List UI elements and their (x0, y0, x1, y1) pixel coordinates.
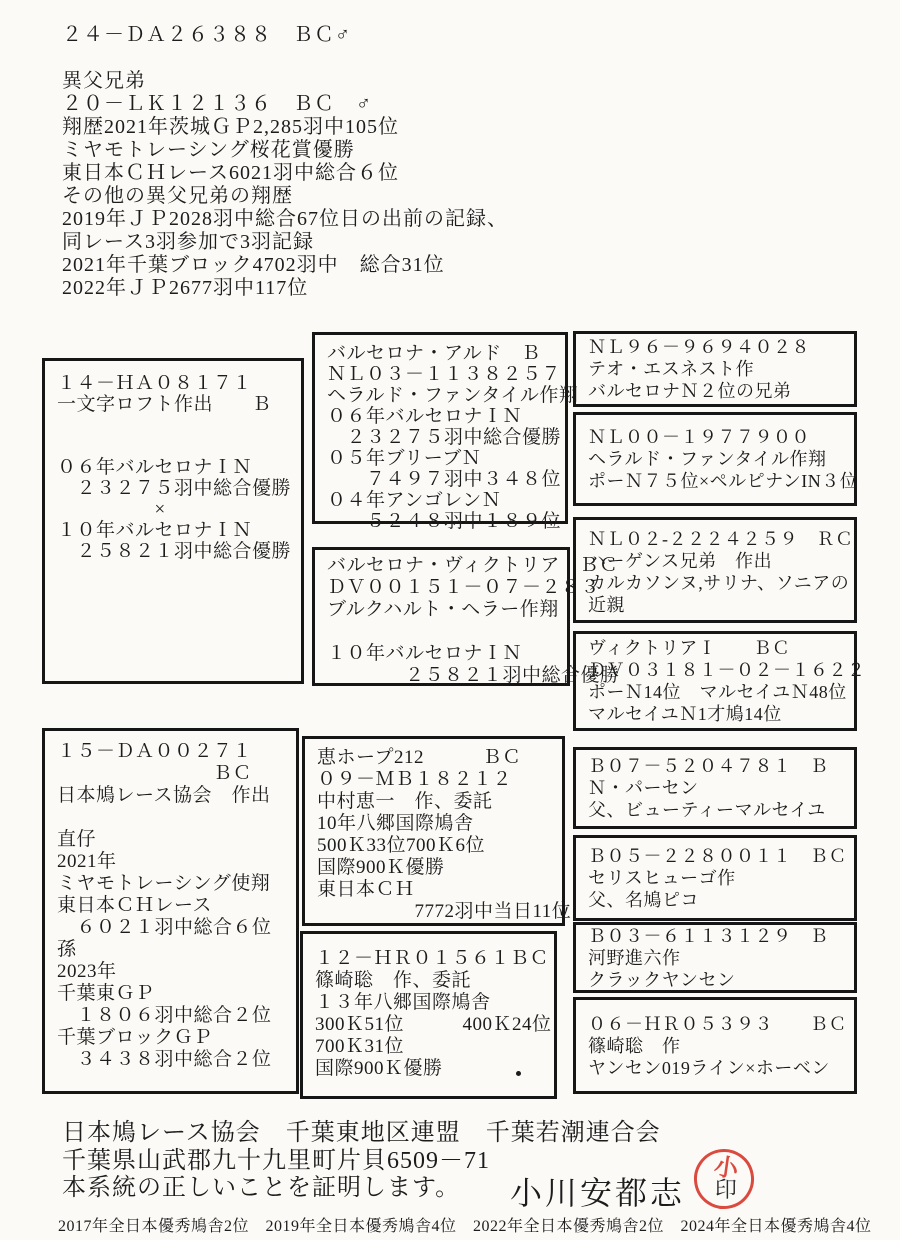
text-line: 国際900Ｋ優勝 (317, 857, 554, 879)
text-line: ０６－ＨＲ０５３９３ ＢＣ (588, 1013, 846, 1035)
text-line: ポーＮ14位 マルセイユＮ48位 (588, 681, 846, 703)
text-line: １８０６羽中総合２位 (57, 1005, 288, 1027)
text-line: ＮＬ００－１９７７９００ (588, 426, 846, 448)
text-line: 孫 (57, 939, 288, 961)
text-line: ０９－ＭＢ１８２１２ (317, 769, 554, 791)
text-line: 10年八郷国際鳩舎 (317, 813, 554, 835)
text-line: 中村恵一 作、委託 (317, 791, 554, 813)
text-line (57, 807, 288, 829)
text-line: ２３２７５羽中総合優勝 (327, 427, 557, 448)
text-line: Ｎ・パーセン (588, 777, 846, 799)
box-sire: １４－ＨＡ０８１７１一文字ロフト作出 Ｂ０６年バルセロナＩＮ ２３２７５羽中総合… (42, 358, 304, 684)
box-sire-father: バルセロナ・アルド ＢＮＬ０３－１１３８２５７ヘラルド・ファンタイル作翔０６年バ… (312, 332, 568, 524)
text-line: 7772羽中当日11位 (317, 901, 554, 923)
certification-statement: 本系統の正しいことを証明します。 (62, 1167, 460, 1202)
box-dam-father: 恵ホープ212 ＢＣ０９－ＭＢ１８２１２中村恵一 作、委託10年八郷国際鳩舎50… (302, 736, 565, 926)
text-line: ミヤモトレーシング使翔 (57, 873, 288, 895)
text-line: 2019年ＪＰ2028羽中総合67位日の出前の記録、 (62, 208, 508, 231)
text-line: ２５８２１羽中総合優勝 (57, 541, 293, 562)
pedigree-certificate: ２４－ＤＡ２６３８８ ＢＣ♂異父兄弟２０－ＬＫ１２１３６ ＢＣ ♂翔歴2021年… (0, 0, 900, 1240)
text-line: 2021年 (57, 851, 288, 873)
text-line: １３年八郷国際鳩舎 (315, 992, 546, 1014)
text-line: 東日本ＣＨレース (57, 895, 288, 917)
text-line: １５－ＤＡ００２７１ (57, 741, 288, 763)
text-line: ＤＶ０３１８１－０２－１６２２ (588, 659, 846, 681)
text-line: 父、ビューティーマルセイユ (588, 799, 846, 821)
box-dam: １５－ＤＡ００２７１ ＢＣ日本鳩レース協会 作出直仔2021年ミヤモトレーシング… (42, 728, 299, 1094)
text-line (62, 47, 508, 70)
text-line (57, 415, 293, 436)
text-line: ブルクハルト・ヘラー作翔 (327, 599, 559, 621)
text-line: 2021年千葉ブロック4702羽中 総合31位 (62, 254, 508, 277)
text-line: 翔歴2021年茨城ＧＰ2,285羽中105位 (62, 116, 508, 139)
text-line: ０６年バルセロナＩＮ (327, 406, 557, 427)
text-line: ２４－ＤＡ２６３８８ ＢＣ♂ (62, 24, 508, 47)
box-grandparent-7: Ｂ０３－６１１３１２９ Ｂ河野進六作クラックヤンセン (573, 922, 857, 993)
text-line: ヘラルド・ファンタイル作翔 (327, 385, 557, 406)
text-line: 2023年 (57, 961, 288, 983)
text-line: バルセロナ・アルド Ｂ (327, 343, 557, 364)
text-line: ハーゲンス兄弟 作出 (588, 550, 846, 572)
text-line: 河野進六作 (588, 947, 846, 969)
text-line: ヘラルド・ファンタイル作翔 (588, 448, 846, 470)
text-line: 300Ｋ51位 400Ｋ24位 (315, 1014, 546, 1036)
text-line: １０年バルセロナＩＮ (57, 520, 293, 541)
box-grandparent-4: ヴィクトリアＩ ＢＣＤＶ０３１８１－０２－１６２２ポーＮ14位 マルセイユＮ48… (573, 631, 857, 731)
text-line: 直仔 (57, 829, 288, 851)
text-line: 同レース3羽参加で3羽記録 (62, 231, 508, 254)
text-line: ヤンセン019ライン×ホーベン (588, 1057, 846, 1079)
text-line (57, 436, 293, 457)
text-line: ０４年アンゴレンＮ (327, 490, 557, 511)
text-line: ２３２７５羽中総合優勝 (57, 478, 293, 499)
text-line: Ｂ０７－５２０４７８１ Ｂ (588, 755, 846, 777)
text-line: Ｂ０３－６１１３１２９ Ｂ (588, 925, 846, 947)
box-sire-mother: バルセロナ・ヴィクトリア ＢＣＤＶ００１５１－０７－２８３ブルクハルト・ヘラー作… (312, 547, 570, 686)
text-line: ＮＬ０３－１１３８２５７ (327, 364, 557, 385)
text-line: 500Ｋ33位700Ｋ6位 (317, 835, 554, 857)
certifier-signature: 小川安都志 (510, 1168, 685, 1214)
box-grandparent-2: ＮＬ００－１９７７９００ヘラルド・ファンタイル作翔ポーＮ７５位×ペルピナンIN３… (573, 412, 857, 506)
text-line: ＮＬ９６－９６９４０２８ (588, 336, 846, 358)
text-line: ポーＮ７５位×ペルピナンIN３位 (588, 470, 846, 492)
text-line: 東日本ＣＨ (317, 879, 554, 901)
text-line: クラックヤンセン (588, 969, 846, 991)
text-line: ２０－ＬＫ１２１３６ ＢＣ ♂ (62, 93, 508, 116)
text-line: 東日本ＣＨレース6021羽中総合６位 (62, 162, 508, 185)
text-line: ０５年ブリーブＮ (327, 448, 557, 469)
text-line: バルセロナ・ヴィクトリア ＢＣ (327, 555, 559, 577)
text-line: ６０２１羽中総合６位 (57, 917, 288, 939)
box-grandparent-3: ＮＬ０２-２２２４２５９ ＲＣハーゲンス兄弟 作出カルカソンヌ,サリナ、ソニアの… (573, 517, 857, 623)
text-line: × (57, 499, 293, 520)
text-line: ３４３８羽中総合２位 (57, 1049, 288, 1071)
box-grandparent-6: Ｂ０５－２２８００１１ ＢＣセリスヒューゴ作父、名鳩ピコ (573, 835, 857, 921)
text-line: 篠崎聡 作、委託 (315, 970, 546, 992)
text-line: 一文字ロフト作出 Ｂ (57, 394, 293, 415)
text-line: ２５８２１羽中総合優勝 (327, 665, 559, 687)
loft-honors-line: 2017年全日本優秀鳩舎2位 2019年全日本優秀鳩舎4位 2022年全日本優秀… (58, 1213, 872, 1236)
text-line: バルセロナＮ２位の兄弟 (588, 380, 846, 402)
text-line: その他の異父兄弟の翔歴 (62, 185, 508, 208)
certification-seal: 小 印 (689, 1144, 759, 1214)
text-line: ７４９７羽中３４８位 (327, 469, 557, 490)
text-line: 千葉東ＧＰ (57, 983, 288, 1005)
text-line: ヴィクトリアＩ ＢＣ (588, 637, 846, 659)
text-line: 2022年ＪＰ2677羽中117位 (62, 277, 508, 300)
box-grandparent-8: ０６－ＨＲ０５３９３ ＢＣ篠崎聡 作ヤンセン019ライン×ホーベン (573, 997, 857, 1094)
text-line: ５２４８羽中１８９位 (327, 511, 557, 532)
text-line: ミヤモトレーシング桜花賞優勝 (62, 139, 508, 162)
text-line: 篠崎聡 作 (588, 1035, 846, 1057)
text-line: 異父兄弟 (62, 70, 508, 93)
text-line: マルセイユＮ1才鳩14位 (588, 703, 846, 725)
header-text-block: ２４－ＤＡ２６３８８ ＢＣ♂異父兄弟２０－ＬＫ１２１３６ ＢＣ ♂翔歴2021年… (62, 24, 508, 300)
box-grandparent-5: Ｂ０７－５２０４７８１ ＢＮ・パーセン父、ビューティーマルセイユ (573, 747, 857, 829)
text-line: カルカソンヌ,サリナ、ソニアの (588, 572, 846, 594)
text-line: Ｂ０５－２２８００１１ ＢＣ (588, 845, 846, 867)
text-line: １２－ＨＲ０１５６１ＢＣ (315, 948, 546, 970)
text-line: 国際900Ｋ優勝 (315, 1058, 546, 1080)
text-line: １４－ＨＡ０８１７１ (57, 373, 293, 394)
text-line: 近親 (588, 594, 846, 616)
text-line: 日本鳩レース協会 作出 (57, 785, 288, 807)
seal-character-bottom: 印 (715, 1179, 737, 1201)
text-line: ＢＣ (57, 763, 288, 785)
text-line: 700Ｋ31位 (315, 1036, 546, 1058)
ink-speck (516, 1071, 521, 1076)
text-line: １０年バルセロナＩＮ (327, 643, 559, 665)
text-line: 千葉ブロックＧＰ (57, 1027, 288, 1049)
box-grandparent-1: ＮＬ９６－９６９４０２８テオ・エスネスト作バルセロナＮ２位の兄弟 (573, 331, 857, 407)
text-line: ＤＶ００１５１－０７－２８３ (327, 577, 559, 599)
text-line: 恵ホープ212 ＢＣ (317, 747, 554, 769)
text-line: テオ・エスネスト作 (588, 358, 846, 380)
text-line: 父、名鳩ピコ (588, 889, 846, 911)
text-line: ０６年バルセロナＩＮ (57, 457, 293, 478)
text-line (327, 621, 559, 643)
text-line: ＮＬ０２-２２２４２５９ ＲＣ (588, 528, 846, 550)
text-line: セリスヒューゴ作 (588, 867, 846, 889)
